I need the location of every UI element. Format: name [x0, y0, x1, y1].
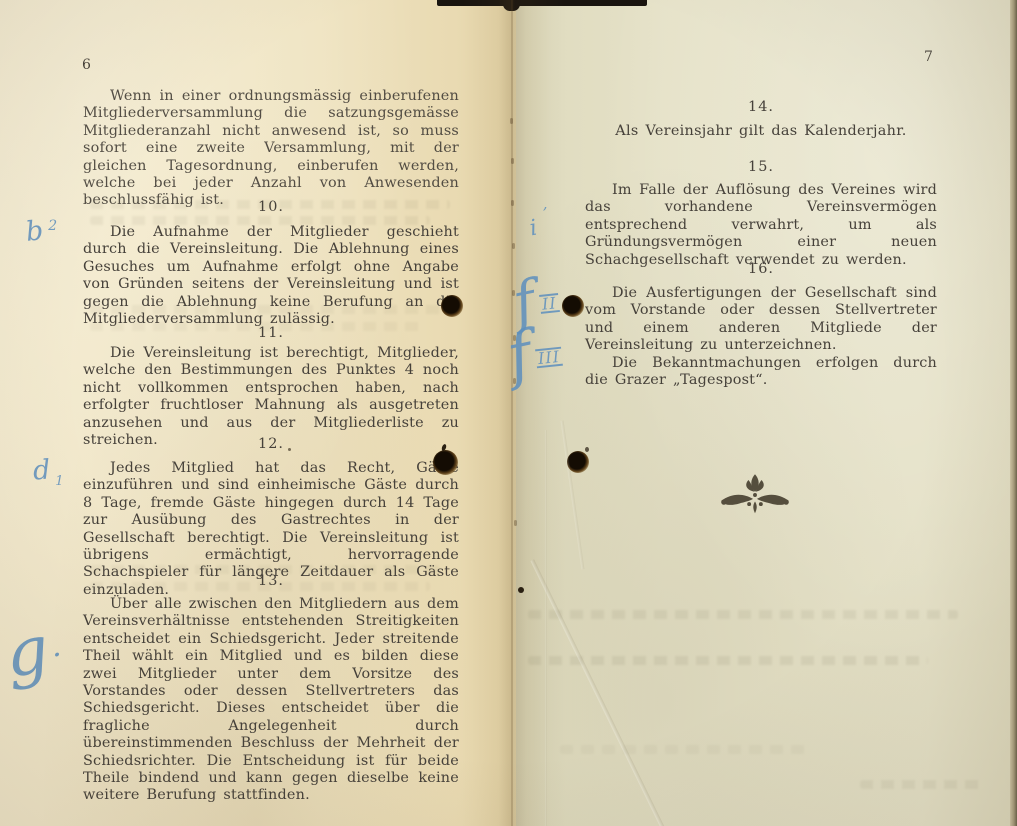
- section-14-text: Als Vereinsjahr gilt das Kalenderjahr.: [585, 123, 937, 139]
- stitch-mark: [512, 243, 515, 249]
- ink-speck: [288, 448, 291, 451]
- stitch-mark: [511, 200, 514, 206]
- section-16-heading: 16.: [585, 261, 937, 277]
- handwritten-mark-g: g.: [6, 622, 62, 682]
- mark-letter: g: [2, 619, 52, 684]
- section-14-heading: 14.: [585, 99, 937, 115]
- mark-numeral: III: [535, 347, 563, 369]
- page-number-right: 7: [924, 49, 934, 65]
- section-11-text: Die Vereinsleitung ist berechtigt, Mitgl…: [83, 345, 459, 449]
- mark-letter: b: [24, 215, 44, 248]
- handwritten-mark-d1: d1: [33, 455, 64, 489]
- mark-index: 1: [55, 474, 63, 489]
- punch-hole: [567, 451, 589, 473]
- intro-paragraph: Wenn in einer ordnungsmässig einberufene…: [83, 88, 459, 210]
- page-number-left: 6: [82, 57, 92, 73]
- handwritten-mark-f3: f III: [508, 328, 531, 382]
- section-16-body: Die Ausfertigungen der Gesellschaft sind…: [585, 285, 937, 389]
- handwritten-mark-i: ʼ i: [530, 216, 537, 241]
- section-11-heading: 11.: [83, 325, 459, 341]
- section-10-heading: 10.: [83, 199, 459, 215]
- background-gap: [437, 0, 647, 6]
- section-15-heading: 15.: [585, 159, 937, 175]
- punch-hole: [562, 295, 584, 317]
- ink-speck: [518, 587, 524, 593]
- section-13-heading: 13.: [83, 573, 459, 589]
- mark-letter: d: [32, 454, 51, 486]
- punch-hole: [433, 450, 458, 475]
- mark-numeral: II: [539, 293, 560, 314]
- section-15-text: Im Falle der Auflösung des Vereines wird…: [585, 182, 937, 269]
- section-16-text: Die Ausfertigungen der Gesellschaft sind…: [585, 285, 937, 355]
- mark-tick: ʼ: [542, 204, 547, 222]
- section-16-text-2: Die Bekanntmachungen erfolgen durch die …: [585, 355, 937, 390]
- mark-dot: .: [52, 629, 62, 664]
- book-scan: 6 Wenn in einer ordnungsmässig einberufe…: [0, 0, 1017, 826]
- stitch-mark: [514, 520, 517, 526]
- ink-speck: [585, 447, 589, 452]
- stitch-mark: [511, 158, 514, 164]
- mark-index: 2: [48, 218, 57, 234]
- section-12-heading: 12.: [83, 436, 459, 452]
- section-13-text: Über alle zwischen den Mitgliedern aus d…: [83, 596, 459, 805]
- stitch-mark: [510, 118, 513, 124]
- fleuron-ornament: [716, 470, 794, 520]
- section-10-text: Die Aufnahme der Mitglieder geschieht du…: [83, 224, 459, 328]
- page-edge: [1010, 0, 1017, 826]
- punch-hole: [441, 295, 463, 317]
- handwritten-mark-b2: b2: [26, 216, 57, 247]
